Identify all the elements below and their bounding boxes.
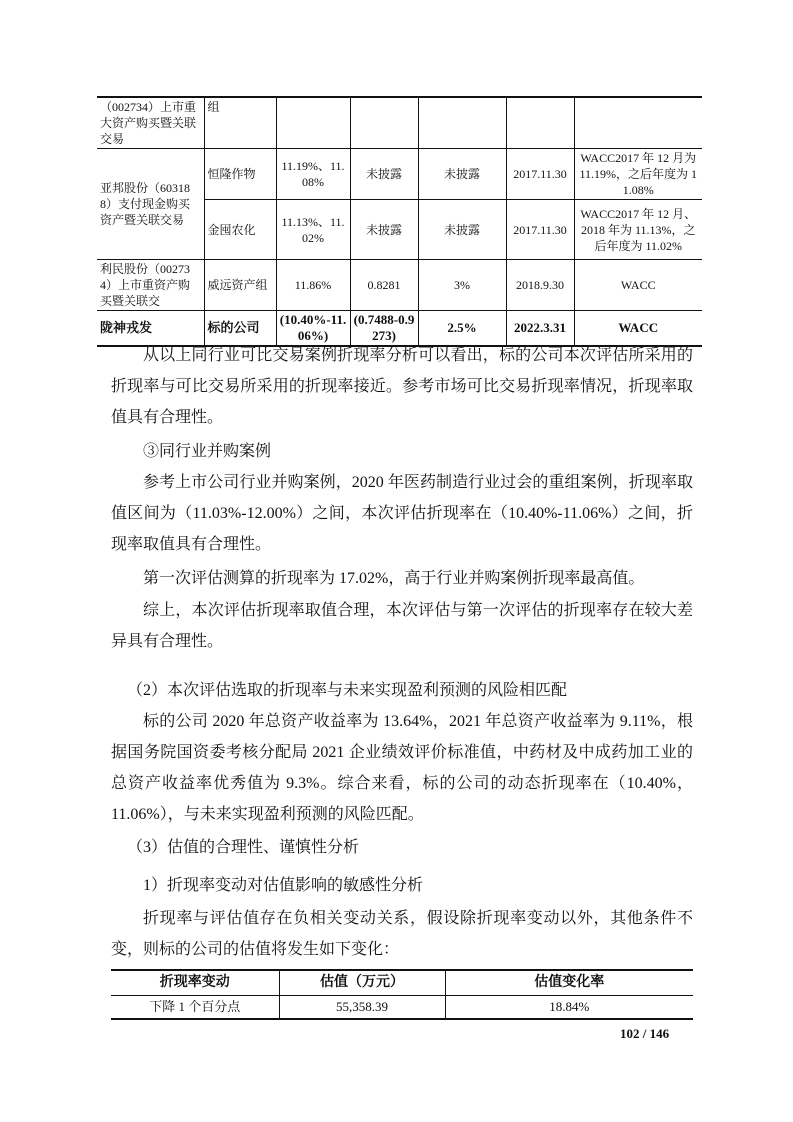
beta-cell xyxy=(350,97,418,149)
discount-rate-cell: 11.19%、11.08% xyxy=(276,149,350,200)
base-date-cell: 2018.9.30 xyxy=(506,260,574,311)
method-cell: WACC2017 年 12 月、2018 年为 11.13%，之后年度为 11.… xyxy=(574,200,702,260)
target-cell: 威远资产组 xyxy=(204,260,276,311)
heading-risk-match: （2）本次评估选取的折现率与未来实现盈利预测的风险相匹配 xyxy=(127,675,567,706)
target-cell: 恒隆作物 xyxy=(204,149,276,200)
target-cell: 金囤农化 xyxy=(204,200,276,260)
beta-cell: 未披露 xyxy=(350,149,418,200)
base-date-cell xyxy=(506,97,574,149)
paragraph-first-valuation: 第一次评估测算的折现率为 17.02%，高于行业并购案例折现率最高值。 xyxy=(111,563,693,594)
method-cell: WACC xyxy=(574,260,702,311)
page-number: 102 / 146 xyxy=(620,1026,669,1042)
heading-valuation-reasonableness: （3）估值的合理性、谨慎性分析 xyxy=(127,832,359,863)
change-rate-cell: 18.84% xyxy=(445,996,693,1020)
paragraph-comparable-conclusion: 从以上同行业可比交易案例折现率分析可以看出，标的公司本次评估所采用的折现率与可比… xyxy=(111,340,693,433)
column-header: 折现率变动 xyxy=(111,970,279,996)
target-cell: 组 xyxy=(204,97,276,149)
discount-rate-cell: 11.86% xyxy=(276,260,350,311)
comparable-transactions-table: （002734）上市重大资产购买暨关联交易 组 亚邦股份（603188）支付现金… xyxy=(97,96,702,347)
discount-rate-cell xyxy=(276,97,350,149)
paragraph-sensitivity-intro: 折现率与评估值存在负相关变动关系，假设除折现率变动以外，其他条件不变，则标的公司… xyxy=(111,903,693,965)
heading-industry-mna: ③同行业并购案例 xyxy=(143,436,271,467)
discount-rate-cell: 11.13%、11.02% xyxy=(276,200,350,260)
case-cell: 亚邦股份（603188）支付现金购买资产暨关联交易 xyxy=(97,149,204,260)
case-cell: 利民股份（002734）上市重资产购买暨关联交 xyxy=(97,260,204,311)
specific-risk-cell: 3% xyxy=(418,260,506,311)
case-cell: （002734）上市重大资产购买暨关联交易 xyxy=(97,97,204,149)
method-cell xyxy=(574,97,702,149)
specific-risk-cell xyxy=(418,97,506,149)
heading-sensitivity-analysis: 1）折现率变动对估值影响的敏感性分析 xyxy=(143,870,423,901)
specific-risk-cell: 未披露 xyxy=(418,149,506,200)
specific-risk-cell: 未披露 xyxy=(418,200,506,260)
table-row: （002734）上市重大资产购买暨关联交易 组 xyxy=(97,97,702,149)
valuation-cell: 55,358.39 xyxy=(279,996,445,1020)
rate-change-cell: 下降 1 个百分点 xyxy=(111,996,279,1020)
paragraph-roa: 标的公司 2020 年总资产收益率为 13.64%，2021 年总资产收益率为 … xyxy=(111,706,693,830)
table-row: 利民股份（002734）上市重资产购买暨关联交 威远资产组 11.86% 0.8… xyxy=(97,260,702,311)
beta-cell: 未披露 xyxy=(350,200,418,260)
column-header: 估值（万元） xyxy=(279,970,445,996)
document-page: （002734）上市重大资产购买暨关联交易 组 亚邦股份（603188）支付现金… xyxy=(0,0,793,1122)
method-cell: WACC2017 年 12 月为 11.19%，之后年度为 11.08% xyxy=(574,149,702,200)
table-row: 下降 1 个百分点 55,358.39 18.84% xyxy=(111,996,693,1020)
sensitivity-table: 折现率变动 估值（万元） 估值变化率 下降 1 个百分点 55,358.39 1… xyxy=(111,969,693,1020)
beta-cell: 0.8281 xyxy=(350,260,418,311)
table-row: 亚邦股份（603188）支付现金购买资产暨关联交易 恒隆作物 11.19%、11… xyxy=(97,149,702,200)
base-date-cell: 2017.11.30 xyxy=(506,200,574,260)
column-header: 估值变化率 xyxy=(445,970,693,996)
table-header-row: 折现率变动 估值（万元） 估值变化率 xyxy=(111,970,693,996)
paragraph-summary: 综上，本次评估折现率取值合理，本次评估与第一次评估的折现率存在较大差异具有合理性… xyxy=(111,595,693,657)
paragraph-industry-mna: 参考上市公司行业并购案例，2020 年医药制造行业过会的重组案例，折现率取值区间… xyxy=(111,467,693,560)
base-date-cell: 2017.11.30 xyxy=(506,149,574,200)
